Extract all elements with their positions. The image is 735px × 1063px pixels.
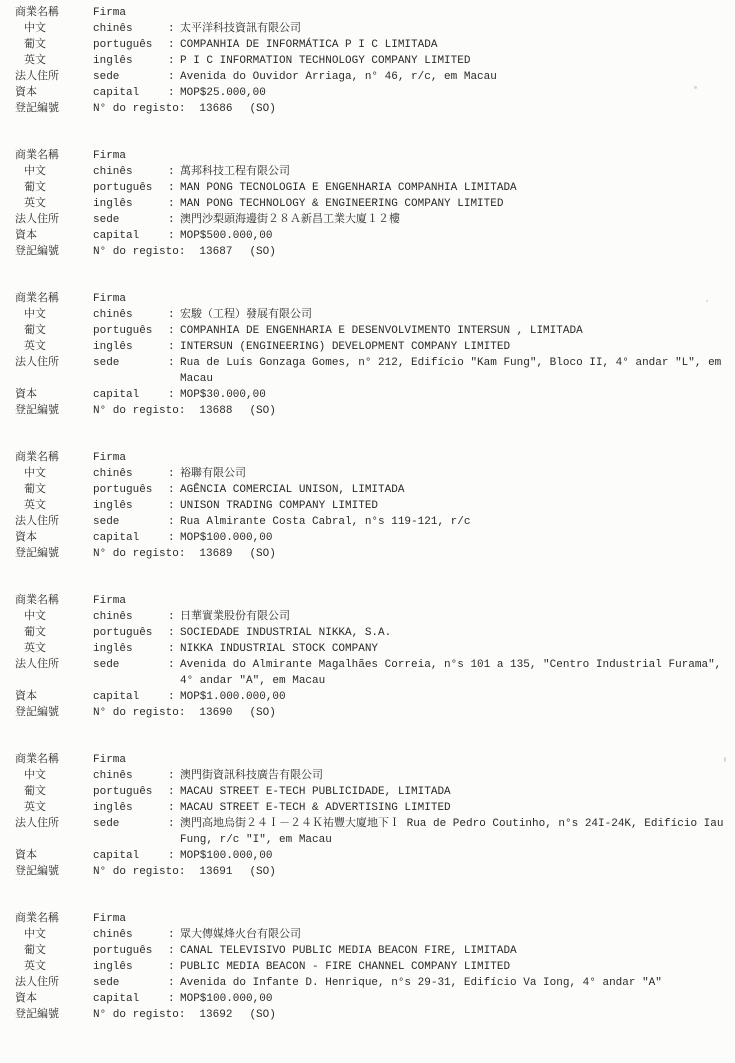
registration-suffix: (SO) bbox=[249, 705, 275, 721]
label-portuguese-zh: 葡文 bbox=[15, 784, 93, 800]
colon-separator: : bbox=[168, 959, 180, 975]
colon-separator: : bbox=[168, 498, 180, 514]
colon-separator: : bbox=[168, 339, 180, 355]
company-record: 商業名稱 Firma 中文 chinês :裕聯有限公司 葡文 portuguê… bbox=[15, 450, 727, 562]
label-business-name-pt: Firma bbox=[93, 911, 168, 927]
label-portuguese-zh: 葡文 bbox=[15, 323, 93, 339]
label-portuguese-pt: português bbox=[93, 784, 168, 800]
label-registration-zh: 登記編號 bbox=[15, 244, 93, 260]
company-record: 商業名稱 Firma 中文 chinês :日華實業股份有限公司 葡文 port… bbox=[15, 593, 727, 721]
colon-separator: : bbox=[168, 37, 180, 53]
label-address-pt: sede bbox=[93, 975, 168, 991]
label-chinese-zh: 中文 bbox=[15, 21, 93, 37]
company-capital: MOP$100.000,00 bbox=[180, 991, 727, 1007]
company-record: 商業名稱 Firma 中文 chinês :太平洋科技資訊有限公司 葡文 por… bbox=[15, 5, 727, 117]
label-business-name-zh: 商業名稱 bbox=[15, 5, 93, 21]
colon-separator: : bbox=[168, 323, 180, 339]
label-business-name-pt: Firma bbox=[93, 593, 168, 609]
scan-artifact bbox=[724, 757, 726, 762]
registry-document-page: 商業名稱 Firma 中文 chinês :太平洋科技資訊有限公司 葡文 por… bbox=[0, 0, 735, 1063]
company-address: 澳門高地烏街２４Ｉ－２４Ｋ祐豐大廈地下Ｉ Rua de Pedro Coutin… bbox=[180, 816, 727, 848]
registration-row: 登記編號 N° do registo: 13687 (SO) bbox=[15, 244, 727, 260]
label-english-zh: 英文 bbox=[15, 959, 93, 975]
registration-number: 13689 bbox=[199, 546, 232, 562]
label-capital-pt: capital bbox=[93, 991, 168, 1007]
colon-separator: : bbox=[168, 657, 180, 689]
label-business-name-zh: 商業名稱 bbox=[15, 148, 93, 164]
chinese-name-row: 中文 chinês :裕聯有限公司 bbox=[15, 466, 727, 482]
company-address: Avenida do Infante D. Henrique, n°s 29-3… bbox=[180, 975, 727, 991]
address-row: 法人住所 sede :Rua Almirante Costa Cabral, n… bbox=[15, 514, 727, 530]
english-name-row: 英文 inglês :NIKKA INDUSTRIAL STOCK COMPAN… bbox=[15, 641, 727, 657]
colon-separator: : bbox=[168, 975, 180, 991]
english-name-row: 英文 inglês :MAN PONG TECHNOLOGY & ENGINEE… bbox=[15, 196, 727, 212]
capital-row: 資本 capital :MOP$25.000,00 bbox=[15, 85, 727, 101]
address-row: 法人住所 sede :澳門沙梨頭海邊街２８Ａ新昌工業大廈１２樓 bbox=[15, 212, 727, 228]
label-portuguese-zh: 葡文 bbox=[15, 37, 93, 53]
colon-separator: : bbox=[168, 85, 180, 101]
company-name-chinese: 萬邦科技工程有限公司 bbox=[180, 164, 727, 180]
colon-separator: : bbox=[168, 164, 180, 180]
company-record: 商業名稱 Firma 中文 chinês :宏駿（工程）發展有限公司 葡文 po… bbox=[15, 291, 727, 419]
label-capital-zh: 資本 bbox=[15, 387, 93, 403]
portuguese-name-row: 葡文 português :COMPANHIA DE INFORMÁTICA P… bbox=[15, 37, 727, 53]
colon-separator: : bbox=[168, 196, 180, 212]
company-name-english: MAN PONG TECHNOLOGY & ENGINEERING COMPAN… bbox=[180, 196, 727, 212]
company-capital: MOP$100.000,00 bbox=[180, 848, 727, 864]
colon-separator: : bbox=[168, 482, 180, 498]
company-record: 商業名稱 Firma 中文 chinês :眾大傳媒烽火台有限公司 葡文 por… bbox=[15, 911, 727, 1023]
company-record: 商業名稱 Firma 中文 chinês :萬邦科技工程有限公司 葡文 port… bbox=[15, 148, 727, 260]
company-capital: MOP$500.000,00 bbox=[180, 228, 727, 244]
registration-number: 13690 bbox=[199, 705, 232, 721]
capital-row: 資本 capital :MOP$100.000,00 bbox=[15, 848, 727, 864]
company-name-chinese: 日華實業股份有限公司 bbox=[180, 609, 727, 625]
label-address-zh: 法人住所 bbox=[15, 514, 93, 530]
label-registration-zh: 登記編號 bbox=[15, 101, 93, 117]
label-registration-pt: N° do registo: bbox=[93, 546, 185, 562]
colon-separator: : bbox=[168, 514, 180, 530]
label-english-zh: 英文 bbox=[15, 53, 93, 69]
label-registration-pt: N° do registo: bbox=[93, 403, 185, 419]
label-capital-pt: capital bbox=[93, 530, 168, 546]
business-name-header-row: 商業名稱 Firma bbox=[15, 911, 727, 927]
colon-separator: : bbox=[168, 816, 180, 848]
label-registration-zh: 登記編號 bbox=[15, 864, 93, 880]
company-address: Rua Almirante Costa Cabral, n°s 119-121,… bbox=[180, 514, 727, 530]
label-registration-pt: N° do registo: bbox=[93, 864, 185, 880]
label-address-pt: sede bbox=[93, 212, 168, 228]
label-chinese-pt: chinês bbox=[93, 768, 168, 784]
label-english-pt: inglês bbox=[93, 339, 168, 355]
label-portuguese-pt: português bbox=[93, 625, 168, 641]
company-name-portuguese: COMPANHIA DE INFORMÁTICA P I C LIMITADA bbox=[180, 37, 727, 53]
company-capital: MOP$1.000.000,00 bbox=[180, 689, 727, 705]
portuguese-name-row: 葡文 português :SOCIEDADE INDUSTRIAL NIKKA… bbox=[15, 625, 727, 641]
colon-separator: : bbox=[168, 625, 180, 641]
english-name-row: 英文 inglês :P I C INFORMATION TECHNOLOGY … bbox=[15, 53, 727, 69]
label-business-name-pt: Firma bbox=[93, 291, 168, 307]
colon-separator: : bbox=[168, 927, 180, 943]
registration-suffix: (SO) bbox=[249, 864, 275, 880]
label-chinese-pt: chinês bbox=[93, 307, 168, 323]
label-capital-zh: 資本 bbox=[15, 228, 93, 244]
company-capital: MOP$25.000,00 bbox=[180, 85, 727, 101]
colon-separator: : bbox=[168, 69, 180, 85]
address-row: 法人住所 sede :澳門高地烏街２４Ｉ－２４Ｋ祐豐大廈地下Ｉ Rua de P… bbox=[15, 816, 727, 848]
company-address: Rua de Luís Gonzaga Gomes, n° 212, Edifí… bbox=[180, 355, 727, 387]
business-name-header-row: 商業名稱 Firma bbox=[15, 450, 727, 466]
label-address-zh: 法人住所 bbox=[15, 975, 93, 991]
capital-row: 資本 capital :MOP$100.000,00 bbox=[15, 530, 727, 546]
registration-suffix: (SO) bbox=[249, 403, 275, 419]
label-portuguese-zh: 葡文 bbox=[15, 625, 93, 641]
company-name-chinese: 太平洋科技資訊有限公司 bbox=[180, 21, 727, 37]
portuguese-name-row: 葡文 português :MACAU STREET E-TECH PUBLIC… bbox=[15, 784, 727, 800]
label-english-pt: inglês bbox=[93, 641, 168, 657]
label-capital-zh: 資本 bbox=[15, 85, 93, 101]
label-english-pt: inglês bbox=[93, 196, 168, 212]
label-portuguese-zh: 葡文 bbox=[15, 180, 93, 196]
colon-separator: : bbox=[168, 387, 180, 403]
label-chinese-pt: chinês bbox=[93, 21, 168, 37]
label-chinese-zh: 中文 bbox=[15, 927, 93, 943]
label-address-zh: 法人住所 bbox=[15, 816, 93, 832]
company-capital: MOP$30.000,00 bbox=[180, 387, 727, 403]
label-portuguese-pt: português bbox=[93, 482, 168, 498]
label-registration-zh: 登記編號 bbox=[15, 705, 93, 721]
company-name-chinese: 眾大傳媒烽火台有限公司 bbox=[180, 927, 727, 943]
registration-row: 登記編號 N° do registo: 13692 (SO) bbox=[15, 1007, 727, 1023]
colon-separator: : bbox=[168, 530, 180, 546]
label-registration-pt: N° do registo: bbox=[93, 101, 185, 117]
registration-row: 登記編號 N° do registo: 13691 (SO) bbox=[15, 864, 727, 880]
colon-separator: : bbox=[168, 848, 180, 864]
chinese-name-row: 中文 chinês :宏駿（工程）發展有限公司 bbox=[15, 307, 727, 323]
business-name-header-row: 商業名稱 Firma bbox=[15, 5, 727, 21]
company-name-portuguese: COMPANHIA DE ENGENHARIA E DESENVOLVIMENT… bbox=[180, 323, 727, 339]
business-name-header-row: 商業名稱 Firma bbox=[15, 593, 727, 609]
address-row: 法人住所 sede :Avenida do Ouvidor Arriaga, n… bbox=[15, 69, 727, 85]
colon-separator: : bbox=[168, 609, 180, 625]
business-name-header-row: 商業名稱 Firma bbox=[15, 148, 727, 164]
company-name-portuguese: CANAL TELEVISIVO PUBLIC MEDIA BEACON FIR… bbox=[180, 943, 727, 959]
company-record: 商業名稱 Firma 中文 chinês :澳門街資訊科技廣告有限公司 葡文 p… bbox=[15, 752, 727, 880]
registration-number: 13687 bbox=[199, 244, 232, 260]
colon-separator: : bbox=[168, 641, 180, 657]
label-address-pt: sede bbox=[93, 514, 168, 530]
label-address-pt: sede bbox=[93, 69, 168, 85]
label-address-pt: sede bbox=[93, 657, 168, 673]
chinese-name-row: 中文 chinês :日華實業股份有限公司 bbox=[15, 609, 727, 625]
colon-separator: : bbox=[168, 307, 180, 323]
company-address: 澳門沙梨頭海邊街２８Ａ新昌工業大廈１２樓 bbox=[180, 212, 727, 228]
label-chinese-pt: chinês bbox=[93, 609, 168, 625]
portuguese-name-row: 葡文 português :CANAL TELEVISIVO PUBLIC ME… bbox=[15, 943, 727, 959]
company-capital: MOP$100.000,00 bbox=[180, 530, 727, 546]
portuguese-name-row: 葡文 português :AGÊNCIA COMERCIAL UNISON, … bbox=[15, 482, 727, 498]
business-name-header-row: 商業名稱 Firma bbox=[15, 291, 727, 307]
label-portuguese-zh: 葡文 bbox=[15, 482, 93, 498]
portuguese-name-row: 葡文 português :MAN PONG TECNOLOGIA E ENGE… bbox=[15, 180, 727, 196]
label-english-zh: 英文 bbox=[15, 800, 93, 816]
label-chinese-pt: chinês bbox=[93, 466, 168, 482]
english-name-row: 英文 inglês :INTERSUN (ENGINEERING) DEVELO… bbox=[15, 339, 727, 355]
colon-separator: : bbox=[168, 784, 180, 800]
company-name-portuguese: MAN PONG TECNOLOGIA E ENGENHARIA COMPANH… bbox=[180, 180, 727, 196]
company-name-portuguese: MACAU STREET E-TECH PUBLICIDADE, LIMITAD… bbox=[180, 784, 727, 800]
company-name-english: NIKKA INDUSTRIAL STOCK COMPANY bbox=[180, 641, 727, 657]
label-chinese-zh: 中文 bbox=[15, 768, 93, 784]
company-name-chinese: 裕聯有限公司 bbox=[180, 466, 727, 482]
label-registration-zh: 登記編號 bbox=[15, 403, 93, 419]
label-capital-pt: capital bbox=[93, 85, 168, 101]
scan-artifact bbox=[706, 300, 708, 302]
chinese-name-row: 中文 chinês :太平洋科技資訊有限公司 bbox=[15, 21, 727, 37]
label-portuguese-zh: 葡文 bbox=[15, 943, 93, 959]
label-business-name-zh: 商業名稱 bbox=[15, 291, 93, 307]
colon-separator: : bbox=[168, 943, 180, 959]
label-business-name-pt: Firma bbox=[93, 148, 168, 164]
label-english-pt: inglês bbox=[93, 498, 168, 514]
registration-number: 13691 bbox=[199, 864, 232, 880]
label-business-name-pt: Firma bbox=[93, 5, 168, 21]
registration-number: 13686 bbox=[199, 101, 232, 117]
label-english-zh: 英文 bbox=[15, 339, 93, 355]
label-business-name-zh: 商業名稱 bbox=[15, 593, 93, 609]
colon-separator: : bbox=[168, 212, 180, 228]
company-name-portuguese: AGÊNCIA COMERCIAL UNISON, LIMITADA bbox=[180, 482, 727, 498]
label-capital-pt: capital bbox=[93, 228, 168, 244]
label-portuguese-pt: português bbox=[93, 37, 168, 53]
scan-artifact bbox=[694, 86, 697, 89]
label-chinese-zh: 中文 bbox=[15, 466, 93, 482]
english-name-row: 英文 inglês :PUBLIC MEDIA BEACON - FIRE CH… bbox=[15, 959, 727, 975]
address-row: 法人住所 sede :Avenida do Infante D. Henriqu… bbox=[15, 975, 727, 991]
company-address: Avenida do Almirante Magalhães Correia, … bbox=[180, 657, 727, 689]
capital-row: 資本 capital :MOP$100.000,00 bbox=[15, 991, 727, 1007]
label-chinese-zh: 中文 bbox=[15, 609, 93, 625]
label-registration-pt: N° do registo: bbox=[93, 244, 185, 260]
chinese-name-row: 中文 chinês :萬邦科技工程有限公司 bbox=[15, 164, 727, 180]
registration-row: 登記編號 N° do registo: 13689 (SO) bbox=[15, 546, 727, 562]
colon-separator: : bbox=[168, 53, 180, 69]
business-name-header-row: 商業名稱 Firma bbox=[15, 752, 727, 768]
label-registration-zh: 登記編號 bbox=[15, 1007, 93, 1023]
label-english-zh: 英文 bbox=[15, 196, 93, 212]
company-address: Avenida do Ouvidor Arriaga, n° 46, r/c, … bbox=[180, 69, 727, 85]
label-business-name-pt: Firma bbox=[93, 450, 168, 466]
company-name-english: INTERSUN (ENGINEERING) DEVELOPMENT COMPA… bbox=[180, 339, 727, 355]
label-capital-pt: capital bbox=[93, 689, 168, 705]
label-capital-zh: 資本 bbox=[15, 530, 93, 546]
registration-suffix: (SO) bbox=[249, 244, 275, 260]
registration-row: 登記編號 N° do registo: 13688 (SO) bbox=[15, 403, 727, 419]
colon-separator: : bbox=[168, 466, 180, 482]
company-name-portuguese: SOCIEDADE INDUSTRIAL NIKKA, S.A. bbox=[180, 625, 727, 641]
registration-number: 13688 bbox=[199, 403, 232, 419]
label-address-zh: 法人住所 bbox=[15, 69, 93, 85]
label-portuguese-pt: português bbox=[93, 943, 168, 959]
label-address-zh: 法人住所 bbox=[15, 212, 93, 228]
registration-row: 登記編號 N° do registo: 13686 (SO) bbox=[15, 101, 727, 117]
company-name-chinese: 澳門街資訊科技廣告有限公司 bbox=[180, 768, 727, 784]
registration-suffix: (SO) bbox=[249, 101, 275, 117]
colon-separator: : bbox=[168, 355, 180, 387]
registration-row: 登記編號 N° do registo: 13690 (SO) bbox=[15, 705, 727, 721]
capital-row: 資本 capital :MOP$1.000.000,00 bbox=[15, 689, 727, 705]
colon-separator: : bbox=[168, 21, 180, 37]
chinese-name-row: 中文 chinês :眾大傳媒烽火台有限公司 bbox=[15, 927, 727, 943]
label-capital-pt: capital bbox=[93, 848, 168, 864]
label-registration-zh: 登記編號 bbox=[15, 546, 93, 562]
portuguese-name-row: 葡文 português :COMPANHIA DE ENGENHARIA E … bbox=[15, 323, 727, 339]
label-business-name-zh: 商業名稱 bbox=[15, 450, 93, 466]
label-portuguese-pt: português bbox=[93, 180, 168, 196]
label-address-zh: 法人住所 bbox=[15, 355, 93, 371]
label-registration-pt: N° do registo: bbox=[93, 1007, 185, 1023]
label-registration-pt: N° do registo: bbox=[93, 705, 185, 721]
colon-separator: : bbox=[168, 689, 180, 705]
capital-row: 資本 capital :MOP$30.000,00 bbox=[15, 387, 727, 403]
registration-number: 13692 bbox=[199, 1007, 232, 1023]
label-chinese-pt: chinês bbox=[93, 164, 168, 180]
label-chinese-zh: 中文 bbox=[15, 164, 93, 180]
company-name-english: MACAU STREET E-TECH & ADVERTISING LIMITE… bbox=[180, 800, 727, 816]
label-business-name-zh: 商業名稱 bbox=[15, 911, 93, 927]
label-business-name-pt: Firma bbox=[93, 752, 168, 768]
label-english-pt: inglês bbox=[93, 53, 168, 69]
label-address-pt: sede bbox=[93, 816, 168, 832]
colon-separator: : bbox=[168, 991, 180, 1007]
label-capital-zh: 資本 bbox=[15, 991, 93, 1007]
label-chinese-zh: 中文 bbox=[15, 307, 93, 323]
english-name-row: 英文 inglês :MACAU STREET E-TECH & ADVERTI… bbox=[15, 800, 727, 816]
address-row: 法人住所 sede :Rua de Luís Gonzaga Gomes, n°… bbox=[15, 355, 727, 387]
company-name-english: PUBLIC MEDIA BEACON - FIRE CHANNEL COMPA… bbox=[180, 959, 727, 975]
capital-row: 資本 capital :MOP$500.000,00 bbox=[15, 228, 727, 244]
label-english-zh: 英文 bbox=[15, 641, 93, 657]
label-business-name-zh: 商業名稱 bbox=[15, 752, 93, 768]
label-english-pt: inglês bbox=[93, 959, 168, 975]
address-row: 法人住所 sede :Avenida do Almirante Magalhãe… bbox=[15, 657, 727, 689]
label-chinese-pt: chinês bbox=[93, 927, 168, 943]
label-capital-zh: 資本 bbox=[15, 848, 93, 864]
registration-suffix: (SO) bbox=[249, 546, 275, 562]
label-english-pt: inglês bbox=[93, 800, 168, 816]
chinese-name-row: 中文 chinês :澳門街資訊科技廣告有限公司 bbox=[15, 768, 727, 784]
company-name-chinese: 宏駿（工程）發展有限公司 bbox=[180, 307, 727, 323]
registration-suffix: (SO) bbox=[249, 1007, 275, 1023]
colon-separator: : bbox=[168, 180, 180, 196]
label-address-zh: 法人住所 bbox=[15, 657, 93, 673]
label-address-pt: sede bbox=[93, 355, 168, 371]
label-portuguese-pt: português bbox=[93, 323, 168, 339]
label-capital-pt: capital bbox=[93, 387, 168, 403]
colon-separator: : bbox=[168, 800, 180, 816]
label-english-zh: 英文 bbox=[15, 498, 93, 514]
english-name-row: 英文 inglês :UNISON TRADING COMPANY LIMITE… bbox=[15, 498, 727, 514]
company-name-english: P I C INFORMATION TECHNOLOGY COMPANY LIM… bbox=[180, 53, 727, 69]
label-capital-zh: 資本 bbox=[15, 689, 93, 705]
colon-separator: : bbox=[168, 768, 180, 784]
company-name-english: UNISON TRADING COMPANY LIMITED bbox=[180, 498, 727, 514]
colon-separator: : bbox=[168, 228, 180, 244]
